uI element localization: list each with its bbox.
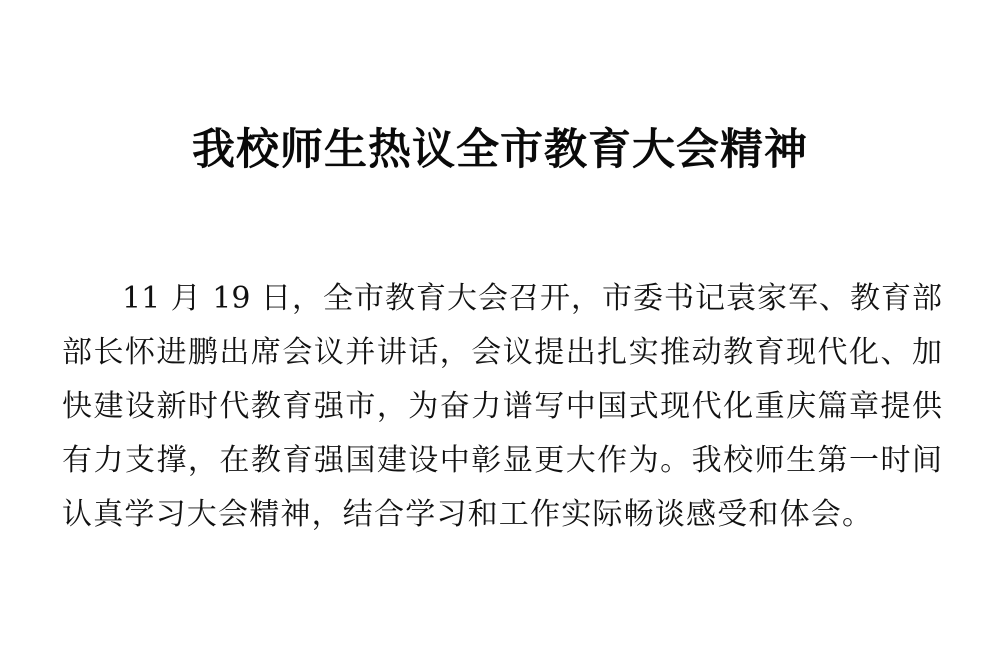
article-body: 11 月 19 日，全市教育大会召开，市委书记袁家军、教育部 部长怀进鹏出席会议… bbox=[62, 272, 942, 542]
paragraph-line: 快建设新时代教育强市，为奋力谱写中国式现代化重庆篇章提供 bbox=[62, 380, 942, 434]
article-title: 我校师生热议全市教育大会精神 bbox=[0, 122, 1000, 178]
paragraph-line: 部长怀进鹏出席会议并讲话，会议提出扎实推动教育现代化、加 bbox=[62, 326, 942, 380]
paragraph-line: 有力支撑，在教育强国建设中彰显更大作为。我校师生第一时间 bbox=[62, 434, 942, 488]
paragraph-line: 认真学习大会精神，结合学习和工作实际畅谈感受和体会。 bbox=[62, 488, 942, 542]
paragraph-line: 11 月 19 日，全市教育大会召开，市委书记袁家军、教育部 bbox=[62, 272, 942, 326]
